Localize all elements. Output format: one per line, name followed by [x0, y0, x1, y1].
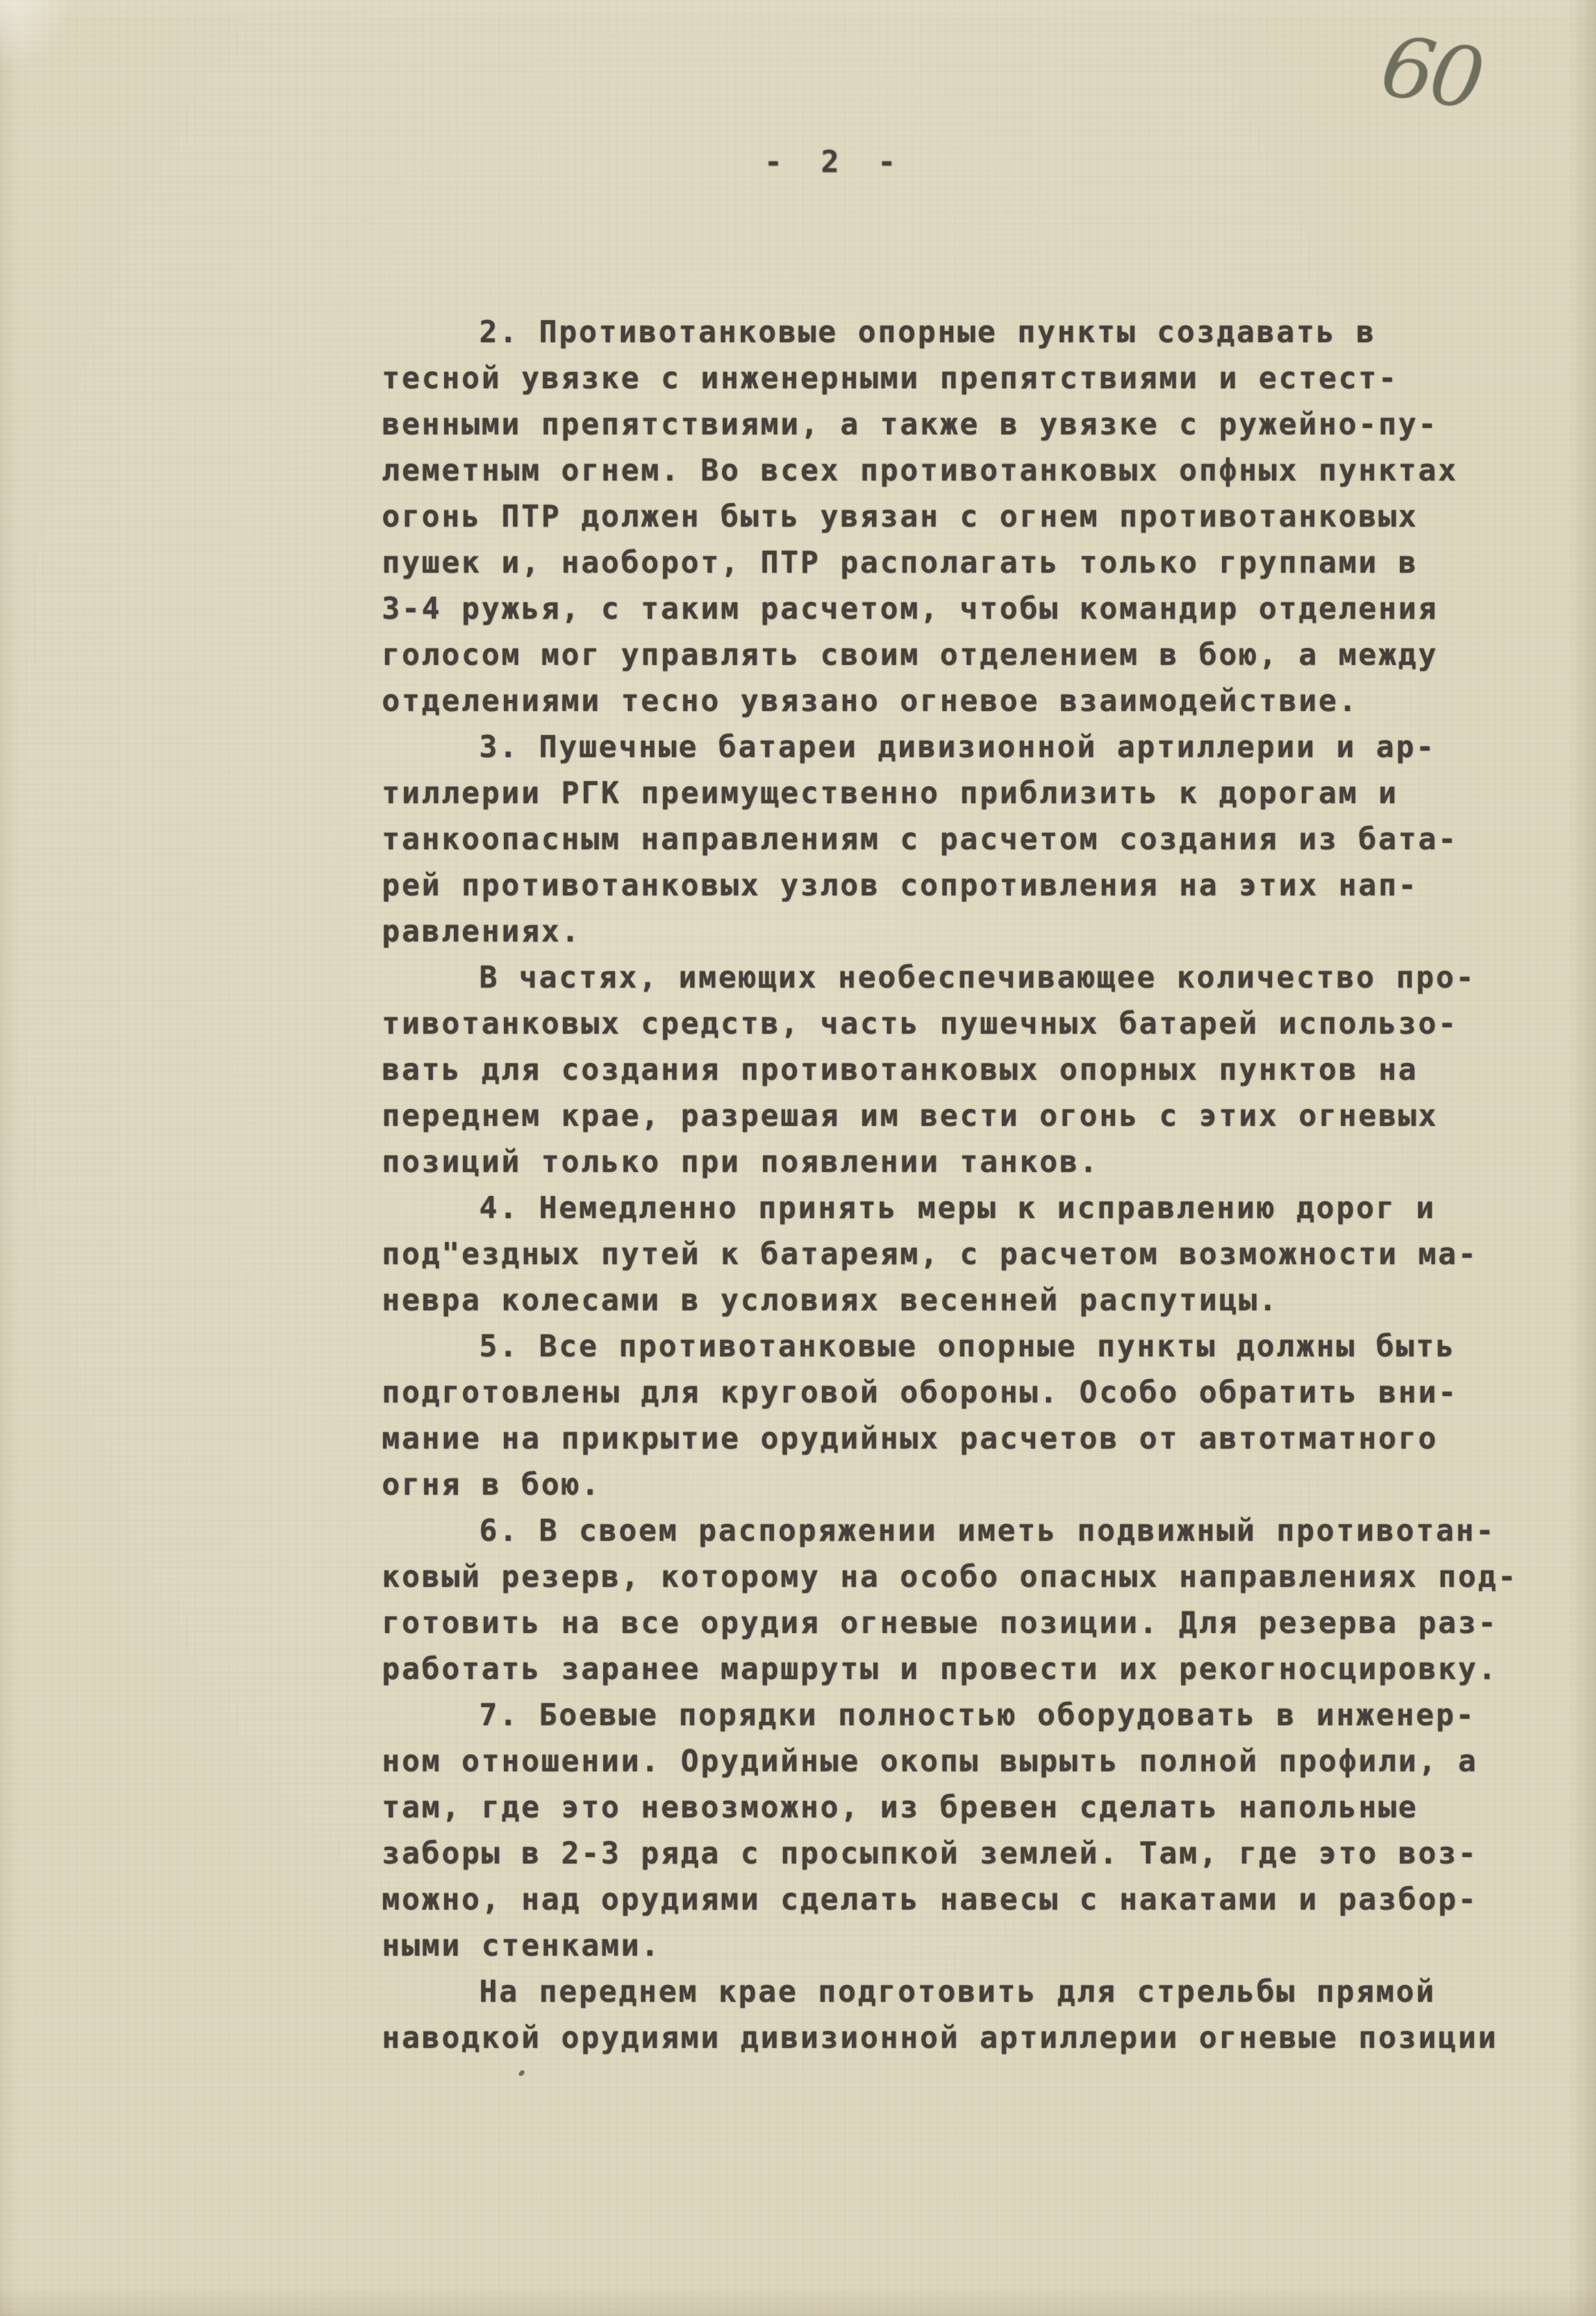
- paragraph: 5. Все противотанковые опорные пункты до…: [382, 1323, 1532, 1508]
- handwritten-page-note: 60: [1375, 18, 1486, 129]
- document-text: 2. Противотанковые опорные пункты создав…: [382, 309, 1532, 2061]
- paragraph: 3. Пушечные батареи дивизионной артиллер…: [382, 724, 1532, 954]
- ink-speck: [518, 2069, 526, 2077]
- paragraph: На переднем крае подготовить для стрельб…: [382, 1969, 1532, 2061]
- paragraph: 4. Немедленно принять меры к исправлению…: [382, 1185, 1532, 1323]
- paragraph: 2. Противотанковые опорные пункты создав…: [382, 309, 1532, 724]
- paragraph: 6. В своем распоряжении иметь подвижный …: [382, 1508, 1532, 1692]
- paragraph: 7. Боевые порядки полностью оборудовать …: [382, 1692, 1532, 1969]
- page-number: - 2 -: [764, 144, 906, 179]
- paragraph: В частях, имеющих необеспечивающее колич…: [382, 954, 1532, 1185]
- scanned-document-page: - 2 - 60 2. Противотанковые опорные пунк…: [0, 0, 1596, 2316]
